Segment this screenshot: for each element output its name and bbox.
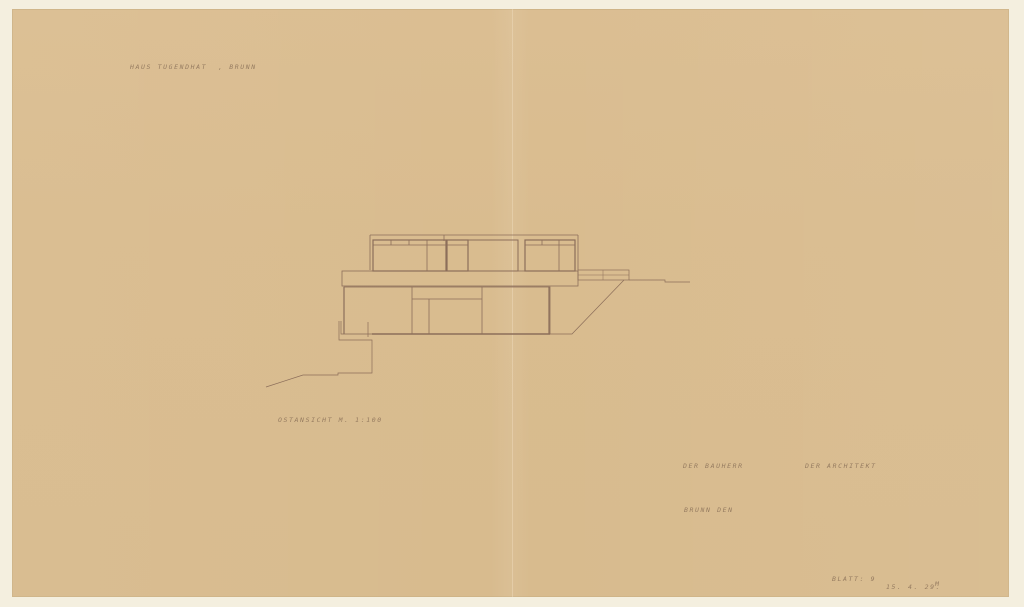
drafter-initial: M	[935, 580, 941, 588]
upper-floor	[370, 235, 578, 271]
view-label: OSTANSICHT M. 1:100	[278, 416, 383, 424]
project-name: HAUS TUGENDHAT	[130, 63, 207, 71]
sheet-number: BLATT: 9	[832, 575, 876, 583]
lower-floor	[344, 280, 624, 334]
east-elevation-drawing	[0, 0, 1024, 607]
mount-board: HAUS TUGENDHAT , BRUNN OSTANSICHT M. 1:1…	[0, 0, 1024, 607]
foundation-and-terrain	[266, 321, 372, 387]
architect-signature-label: DER ARCHITEKT	[805, 462, 877, 470]
project-title: HAUS TUGENDHAT , BRUNN	[130, 63, 257, 71]
terrace-slab	[342, 270, 690, 286]
owner-signature-label: DER BAUHERR	[683, 462, 744, 470]
project-location: , BRUNN	[218, 63, 257, 71]
drawing-date: 15. 4. 29.	[886, 583, 941, 591]
place-date-label: BRUNN DEN	[684, 506, 734, 514]
